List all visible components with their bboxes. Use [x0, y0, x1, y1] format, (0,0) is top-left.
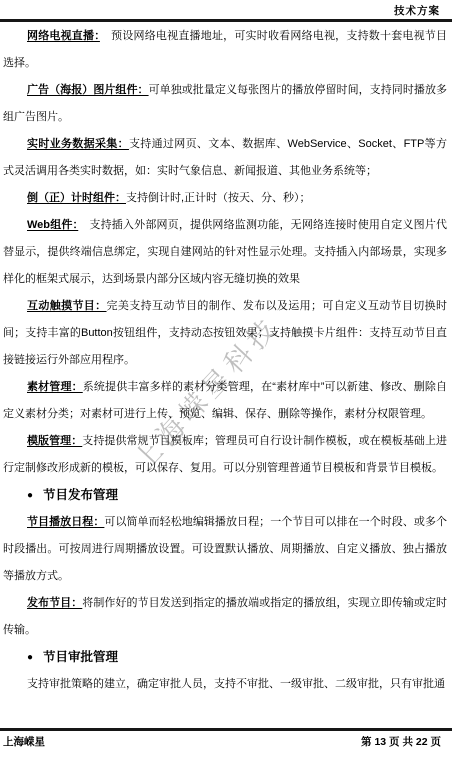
feature-label: 倒（正）计时组件：: [27, 192, 126, 204]
footer-company: 上海嵘星: [3, 734, 45, 749]
feature-label: Web组件：: [27, 219, 78, 231]
section-heading-approve: ●节目审批管理: [3, 644, 447, 671]
feature-label: 互动触摸节目：: [27, 300, 107, 312]
paragraph: 实时业务数据采集：支持通过网页、文本、数据库、WebService、Socket…: [3, 131, 447, 185]
paragraph: 网络电视直播： 预设网络电视直播地址，可实时收看网络电视，支持数十套电视节目选择…: [3, 23, 447, 77]
feature-label: 节目播放日程：: [27, 516, 104, 528]
paragraph: 发布节目：将制作好的节目发送到指定的播放端或指定的播放组，实现立即传输或定时传输…: [3, 590, 447, 644]
header-title: 技术方案: [0, 0, 452, 19]
section-heading-title: 节目发布管理: [43, 488, 118, 502]
feature-text: 支持倒计时,正计时（按天、分、秒）；: [126, 192, 311, 204]
section-heading-title: 节目审批管理: [43, 650, 118, 664]
bullet-icon: ●: [27, 490, 33, 501]
paragraph: 素材管理：系统提供丰富多样的素材分类管理，在“素材库中”可以新建、修改、删除自定…: [3, 374, 447, 428]
footer-page-number: 第 13 页 共 22 页: [361, 734, 441, 749]
section-heading-publish: ●节目发布管理: [3, 482, 447, 509]
footer-row: 上海嵘星 第 13 页 共 22 页: [0, 731, 452, 749]
feature-label: 实时业务数据采集：: [27, 138, 129, 150]
feature-label: 模版管理：: [27, 435, 82, 447]
paragraph: Web组件： 支持插入外部网页，提供网络监测功能，无网络连接时使用自定义图片代替…: [3, 212, 447, 293]
document-body: 网络电视直播： 预设网络电视直播地址，可实时收看网络电视，支持数十套电视节目选择…: [3, 19, 447, 698]
feature-label: 广告（海报）图片组件：: [27, 84, 149, 96]
page-footer: 上海嵘星 第 13 页 共 22 页: [0, 728, 452, 749]
feature-label: 网络电视直播：: [27, 30, 100, 42]
paragraph: 模版管理：支持提供常规节目模板库；管理员可自行设计制作模板，或在模板基础上进行定…: [3, 428, 447, 482]
feature-text: 支持审批策略的建立，确定审批人员，支持不审批、一级审批、二级审批，只有审批通: [27, 678, 445, 690]
paragraph: 互动触摸节目：完美支持互动节目的制作、发布以及运用；可自定义互动节目切换时间；支…: [3, 293, 447, 374]
document-page: 技术方案 上海嵘星科技 网络电视直播： 预设网络电视直播地址，可实时收看网络电视…: [0, 0, 452, 774]
paragraph: 广告（海报）图片组件：可单独或批量定义每张图片的播放停留时间，支持同时播放多组广…: [3, 77, 447, 131]
paragraph: 支持审批策略的建立，确定审批人员，支持不审批、一级审批、二级审批，只有审批通: [3, 671, 447, 698]
paragraph: 节目播放日程：可以简单而轻松地编辑播放日程；一个节目可以排在一个时段、或多个时段…: [3, 509, 447, 590]
feature-label: 素材管理：: [27, 381, 83, 393]
paragraph: 倒（正）计时组件：支持倒计时,正计时（按天、分、秒）；: [3, 185, 447, 212]
bullet-icon: ●: [27, 652, 33, 663]
feature-label: 发布节目：: [27, 597, 82, 609]
